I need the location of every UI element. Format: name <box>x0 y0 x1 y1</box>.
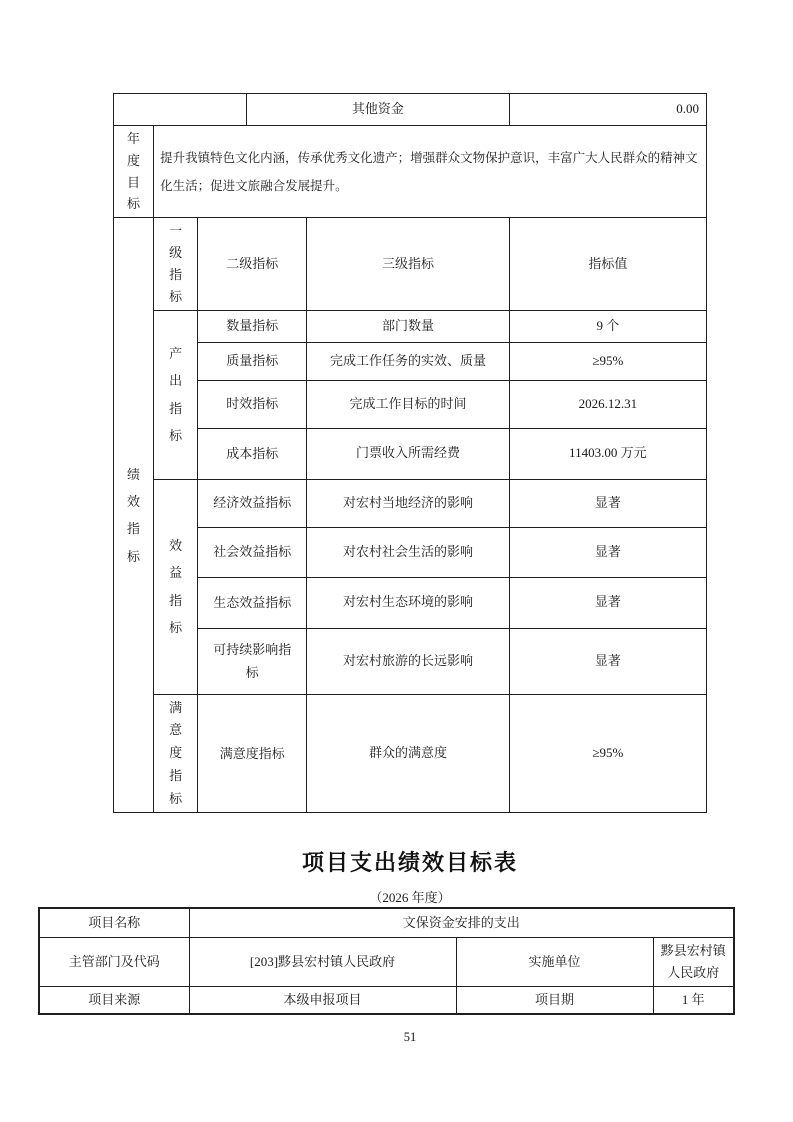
page-number: 51 <box>113 1030 707 1045</box>
project-info-table: 项目名称 文保资金安排的支出 主管部门及代码 [203]黟县宏村镇人民政府 实施… <box>38 907 735 1015</box>
impl-unit-cell: 黟县宏村镇人民政府 <box>653 937 734 986</box>
header-level3-cell: 三级指标 <box>307 218 509 310</box>
value-cell: 显著 <box>509 577 706 628</box>
table-row: 社会效益指标 对农村社会生活的影响 显著 <box>114 527 707 577</box>
impl-unit-label-cell: 实施单位 <box>456 937 653 986</box>
project-name-cell: 文保资金安排的支出 <box>189 908 734 937</box>
level2-cell: 质量指标 <box>198 342 307 380</box>
dept-label-cell: 主管部门及代码 <box>39 937 189 986</box>
period-cell: 1 年 <box>653 986 734 1014</box>
table-row: 产出指标 数量指标 部门数量 9 个 <box>114 310 707 342</box>
group-label-benefit: 效益指标 <box>168 532 183 641</box>
level3-cell: 完成工作任务的实效、质量 <box>307 342 509 380</box>
level3-cell: 完成工作目标的时间 <box>307 380 509 428</box>
performance-indicators-table: 其他资金 0.00 年度目标 提升我镇特色文化内涵，传承优秀文化遗产；增强群众文… <box>113 93 707 813</box>
value-cell: 9 个 <box>509 310 706 342</box>
header-value-cell: 指标值 <box>509 218 706 310</box>
section-label: 绩效指标 <box>126 461 141 570</box>
table-row: 年度目标 提升我镇特色文化内涵，传承优秀文化遗产；增强群众文物保护意识，丰富广大… <box>114 126 707 218</box>
source-cell: 本级申报项目 <box>189 986 456 1014</box>
table-row: 质量指标 完成工作任务的实效、质量 ≥95% <box>114 342 707 380</box>
group-label-cell: 效益指标 <box>154 479 198 694</box>
funding-amount-cell: 0.00 <box>509 94 706 126</box>
value-cell: ≥95% <box>509 694 706 813</box>
group-label-satisfaction: 满意度指标 <box>168 697 183 811</box>
level3-cell: 门票收入所需经费 <box>307 428 509 479</box>
source-label-cell: 项目来源 <box>39 986 189 1014</box>
group-label-cell: 产出指标 <box>154 310 198 479</box>
table-row: 其他资金 0.00 <box>114 94 707 126</box>
page-subtitle: （2026 年度） <box>113 887 707 906</box>
group-label-output: 产出指标 <box>168 340 183 449</box>
value-cell: 显著 <box>509 527 706 577</box>
table-row: 可持续影响指标 对宏村旅游的长远影响 显著 <box>114 628 707 694</box>
value-cell: 2026.12.31 <box>509 380 706 428</box>
table-row: 项目来源 本级申报项目 项目期 1 年 <box>39 986 734 1014</box>
funding-type-cell: 其他资金 <box>247 94 509 126</box>
level2-cell: 时效指标 <box>198 380 307 428</box>
level2-cell: 可持续影响指标 <box>198 628 307 694</box>
dept-cell: [203]黟县宏村镇人民政府 <box>189 937 456 986</box>
value-cell: 显著 <box>509 628 706 694</box>
table-row: 时效指标 完成工作目标的时间 2026.12.31 <box>114 380 707 428</box>
level2-cell: 成本指标 <box>198 428 307 479</box>
group-label-cell: 满意度指标 <box>154 694 198 813</box>
table-row: 绩效指标 一级指标 二级指标 三级指标 指标值 <box>114 218 707 310</box>
page-title: 项目支出绩效目标表 <box>113 846 707 877</box>
project-name-label-cell: 项目名称 <box>39 908 189 937</box>
level3-cell: 对宏村旅游的长远影响 <box>307 628 509 694</box>
table-row: 主管部门及代码 [203]黟县宏村镇人民政府 实施单位 黟县宏村镇人民政府 <box>39 937 734 986</box>
annual-goal-label: 年度目标 <box>126 128 141 215</box>
level3-cell: 对宏村当地经济的影响 <box>307 479 509 527</box>
table-row: 效益指标 经济效益指标 对宏村当地经济的影响 显著 <box>114 479 707 527</box>
section-label-cell: 绩效指标 <box>114 218 154 813</box>
level2-cell: 数量指标 <box>198 310 307 342</box>
level2-cell: 经济效益指标 <box>198 479 307 527</box>
level3-cell: 部门数量 <box>307 310 509 342</box>
level2-cell: 生态效益指标 <box>198 577 307 628</box>
level3-cell: 对农村社会生活的影响 <box>307 527 509 577</box>
header-level1: 一级指标 <box>168 220 183 307</box>
header-level1-cell: 一级指标 <box>154 218 198 310</box>
table-row: 生态效益指标 对宏村生态环境的影响 显著 <box>114 577 707 628</box>
table-row: 满意度指标 满意度指标 群众的满意度 ≥95% <box>114 694 707 813</box>
empty-cell <box>114 94 247 126</box>
table-row: 成本指标 门票收入所需经费 11403.00 万元 <box>114 428 707 479</box>
level2-cell: 满意度指标 <box>198 694 307 813</box>
value-cell: ≥95% <box>509 342 706 380</box>
period-label-cell: 项目期 <box>456 986 653 1014</box>
level3-cell: 群众的满意度 <box>307 694 509 813</box>
annual-goal-label-cell: 年度目标 <box>114 126 154 218</box>
annual-goal-text-cell: 提升我镇特色文化内涵，传承优秀文化遗产；增强群众文物保护意识，丰富广大人民群众的… <box>154 126 707 218</box>
value-cell: 显著 <box>509 479 706 527</box>
level3-cell: 对宏村生态环境的影响 <box>307 577 509 628</box>
header-level2-cell: 二级指标 <box>198 218 307 310</box>
value-cell: 11403.00 万元 <box>509 428 706 479</box>
table-row: 项目名称 文保资金安排的支出 <box>39 908 734 937</box>
level2-cell: 社会效益指标 <box>198 527 307 577</box>
document-page: 其他资金 0.00 年度目标 提升我镇特色文化内涵，传承优秀文化遗产；增强群众文… <box>0 0 793 1122</box>
